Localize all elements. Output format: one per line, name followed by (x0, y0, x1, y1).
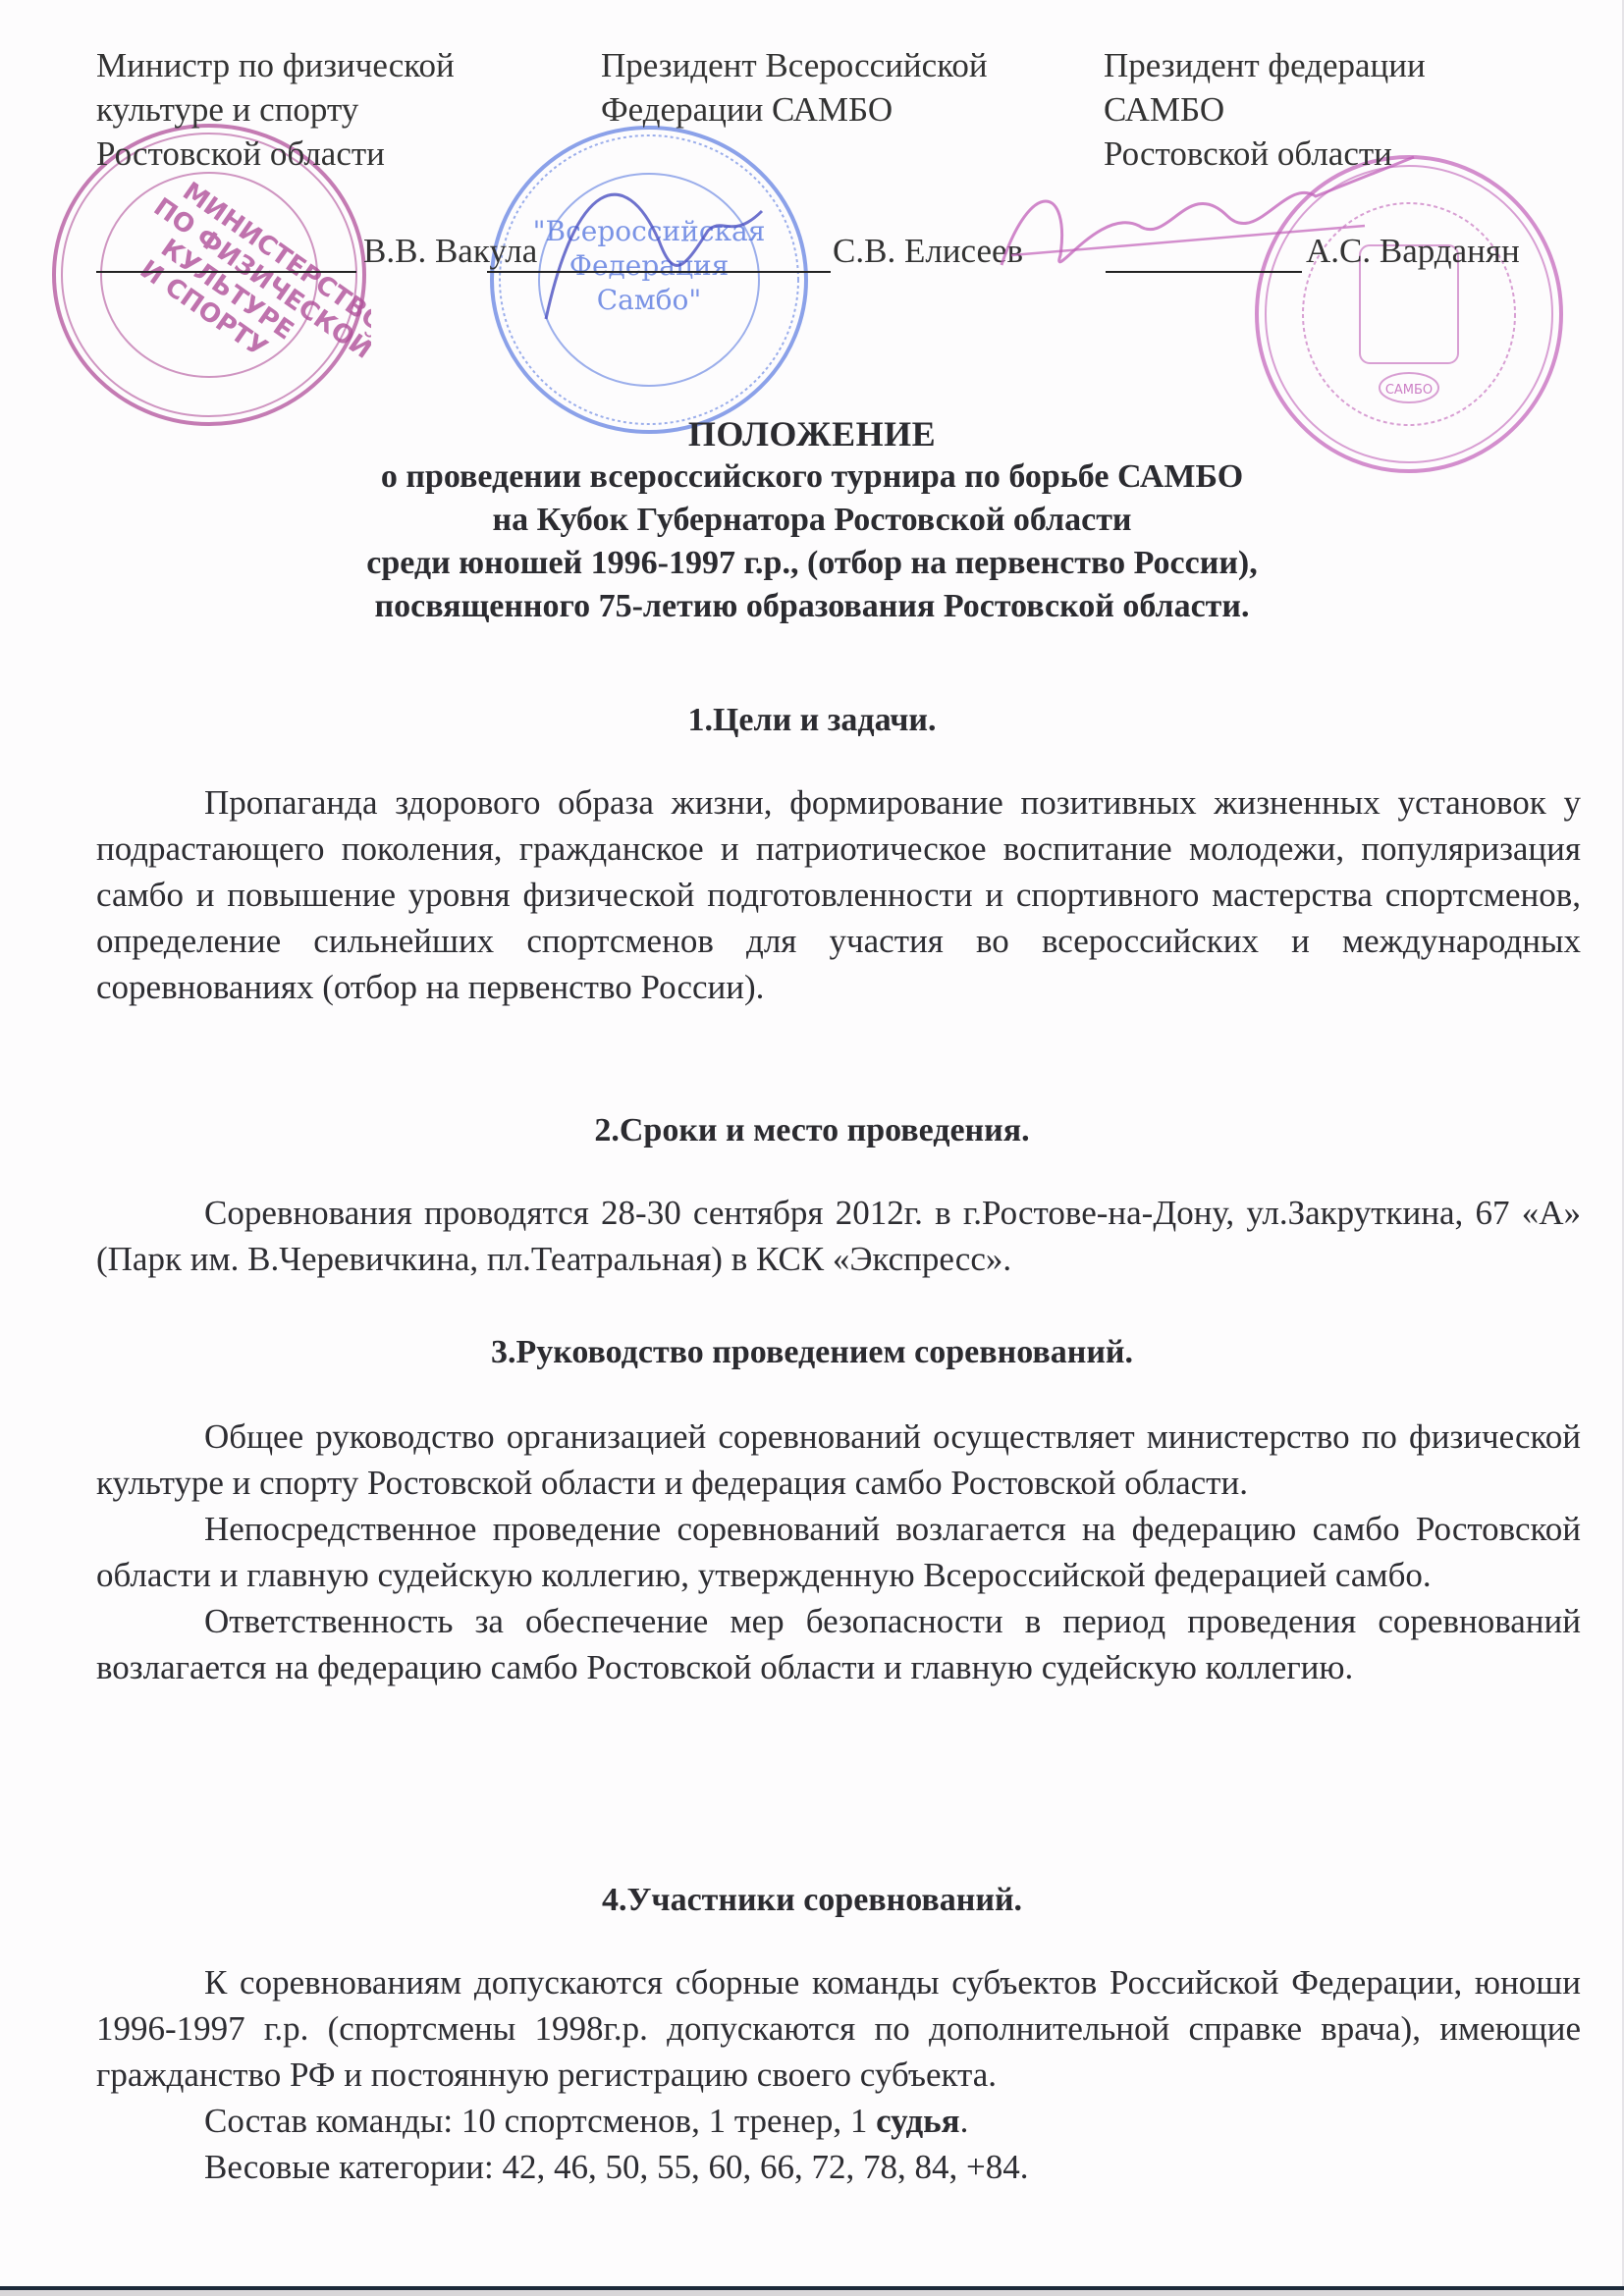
document-subtitle-line: о проведении всероссийского турнира по б… (0, 455, 1624, 499)
signatory-title-line: Президент Всероссийской (601, 43, 988, 87)
section-heading-participants: 4.Участники соревнований. (0, 1879, 1624, 1922)
page-bottom-strip (0, 2290, 1624, 2296)
section-paragraph: Непосредственное проведение соревнований… (96, 1506, 1581, 1598)
document-subtitle-line: посвященного 75-летию образования Ростов… (0, 585, 1624, 628)
section-4-body: К соревнованиям допускаются сборные кома… (96, 1959, 1581, 2190)
team-composition-text: Состав команды: 10 спортсменов, 1 тренер… (204, 2102, 876, 2140)
signatory-ministry: Министр по физической культуре и спорту … (96, 43, 455, 176)
svg-text:Самбо": Самбо" (597, 284, 702, 316)
weight-categories-label: Весовые категории: (204, 2148, 502, 2186)
signatory-title-line: Ростовской области (96, 132, 455, 176)
weight-categories: Весовые категории: 42, 46, 50, 55, 60, 6… (96, 2144, 1581, 2190)
section-paragraph: Общее руководство организацией соревнова… (96, 1414, 1581, 1506)
section-paragraph: К соревнованиям допускаются сборные кома… (96, 1959, 1581, 2098)
signatory-title-line: САМБО (1104, 87, 1426, 132)
signature-line (96, 271, 356, 273)
signatory-name: В.В. Вакула (363, 232, 537, 271)
document-subtitle-line: на Кубок Губернатора Ростовской области (0, 499, 1624, 542)
signatory-title-line: Президент федерации (1104, 43, 1426, 87)
signature-scribble (992, 137, 1424, 294)
section-heading-goals: 1.Цели и задачи. (0, 699, 1624, 742)
federation-stamp: "Всероссийская Федерация Самбо" (487, 123, 811, 437)
team-composition: Состав команды: 10 спортсменов, 1 тренер… (96, 2098, 1581, 2144)
section-heading-dates-venue: 2.Сроки и место проведения. (0, 1109, 1624, 1152)
svg-text:САМБО: САМБО (1385, 383, 1433, 398)
section-paragraph: Соревнования проводятся 28-30 сентября 2… (96, 1190, 1581, 1282)
weight-categories-values: 42, 46, 50, 55, 60, 66, 72, 78, 84, +84. (502, 2148, 1028, 2186)
signatory-title-line: Федерации САМБО (601, 87, 988, 132)
signature-line (487, 271, 831, 273)
document-title-block: ПОЛОЖЕНИЕ о проведении всероссийского ту… (0, 412, 1624, 628)
signatory-title-line: культуре и спорту (96, 87, 455, 132)
svg-text:Федерация: Федерация (569, 249, 730, 282)
section-heading-management: 3.Руководство проведением соревнований. (0, 1331, 1624, 1374)
document-subtitle-line: среди юношей 1996-1997 г.р., (отбор на п… (0, 542, 1624, 585)
document-title: ПОЛОЖЕНИЕ (0, 412, 1624, 455)
signatory-title-line: Министр по физической (96, 43, 455, 87)
signatory-national-federation: Президент Всероссийской Федерации САМБО (601, 43, 988, 132)
section-3-body: Общее руководство организацией соревнова… (96, 1414, 1581, 1690)
team-composition-judge: судья (876, 2102, 960, 2140)
team-composition-end: . (960, 2102, 969, 2140)
section-paragraph: Ответственность за обеспечение мер безоп… (96, 1598, 1581, 1690)
section-paragraph: Пропаганда здорового образа жизни, форми… (96, 779, 1581, 1010)
